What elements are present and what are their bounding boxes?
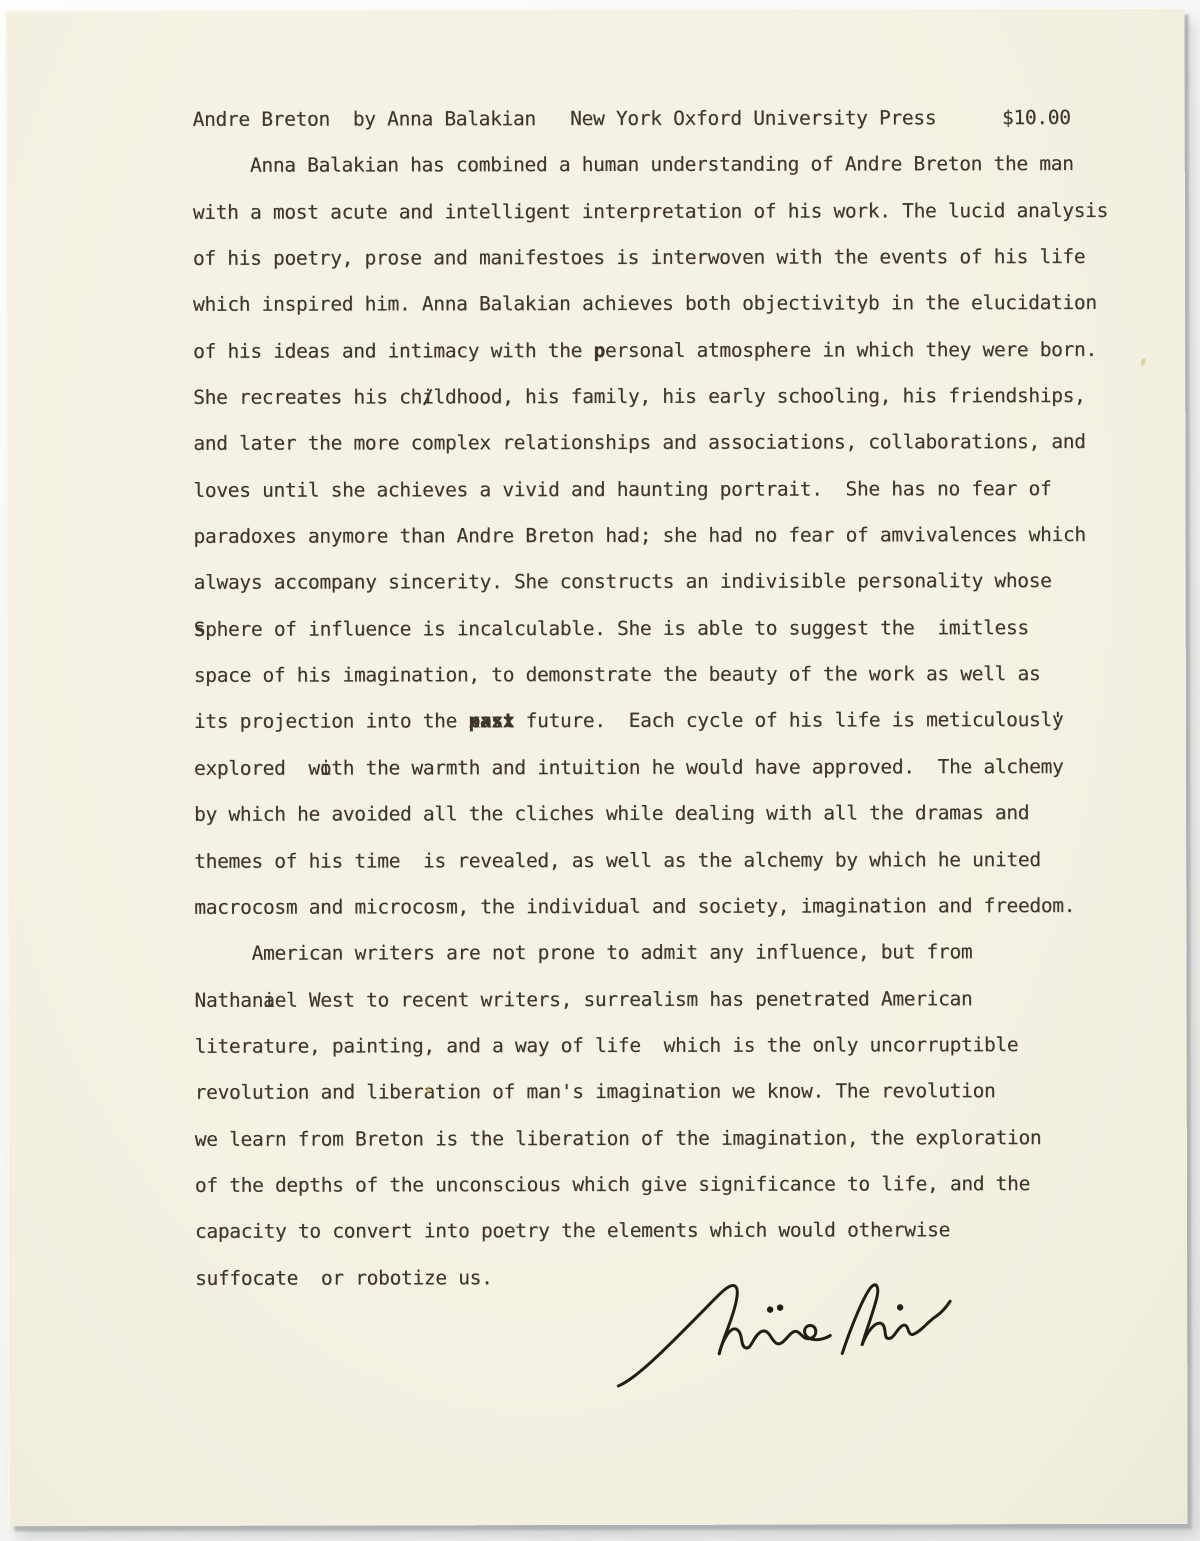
- overstruck-text: i: [422, 374, 434, 420]
- typed-line: by which he avoided all the cliches whil…: [194, 790, 1130, 838]
- price-label: $10.00: [1002, 95, 1071, 141]
- review-body: Anna Balakian has combined a human under…: [193, 141, 1131, 1302]
- signature-anais-nin: [604, 1271, 956, 1394]
- typed-line: with a most acute and intelligent interp…: [193, 188, 1129, 236]
- typed-line: of his ideas and intimacy with the perso…: [193, 327, 1129, 375]
- paper-speck: [1140, 357, 1146, 366]
- typed-line: revolution and liberation of man's imagi…: [195, 1068, 1131, 1116]
- overstruck-text: y: [1052, 697, 1064, 743]
- typed-line: loves until she achieves a vivid and hau…: [193, 466, 1129, 514]
- typed-line: capacity to convert into poetry the elem…: [195, 1207, 1131, 1255]
- overstruck-text: a: [263, 977, 275, 1023]
- typed-line: its projection into the past future. Eac…: [194, 697, 1130, 745]
- typed-line: we learn from Breton is the liberation o…: [195, 1114, 1131, 1162]
- overstruck-text: i: [320, 745, 332, 791]
- bold-text: p: [594, 339, 606, 362]
- typed-line: literature, painting, and a way of life …: [195, 1022, 1131, 1070]
- typed-line: Nathanael West to recent writers, surrea…: [194, 975, 1130, 1023]
- typed-line: macrocosm and microcosm, the individual …: [194, 883, 1130, 931]
- overstruck-text: s: [194, 607, 206, 653]
- typed-line: sphere of influence is incalculable. She…: [194, 605, 1130, 653]
- typed-line: and later the more complex relationships…: [193, 419, 1129, 467]
- book-title-author-publisher: Andre Breton by Anna Balakian New York O…: [193, 95, 937, 143]
- typed-line: always accompany sincerity. She construc…: [194, 558, 1130, 606]
- typed-line: of his poetry, prose and manifestoes is …: [193, 234, 1129, 282]
- typed-line: Anna Balakian has combined a human under…: [193, 141, 1129, 189]
- typed-text-block: Andre Breton by Anna Balakian New York O…: [193, 95, 1132, 1302]
- paper-speck: [427, 1086, 430, 1093]
- typed-line: which inspired him. Anna Balakian achiev…: [193, 280, 1129, 328]
- overstruck-text: past: [468, 699, 514, 745]
- typed-line: of the depths of the unconscious which g…: [195, 1161, 1131, 1209]
- typed-line: She recreates his childhood, his family,…: [193, 373, 1129, 421]
- typed-line: space of his imagination, to demonstrate…: [194, 651, 1130, 699]
- typed-line: themes of his time is revealed, as well …: [194, 836, 1130, 884]
- typed-line: paradoxes anymore than Andre Breton had;…: [193, 512, 1129, 560]
- signature-ink-strokes: [604, 1271, 956, 1394]
- typed-line: explored with the warmth and intuition h…: [194, 744, 1130, 792]
- title-line: Andre Breton by Anna Balakian New York O…: [193, 95, 1129, 143]
- typed-manuscript-page: Andre Breton by Anna Balakian New York O…: [5, 8, 1187, 1526]
- typed-line: American writers are not prone to admit …: [194, 929, 1130, 977]
